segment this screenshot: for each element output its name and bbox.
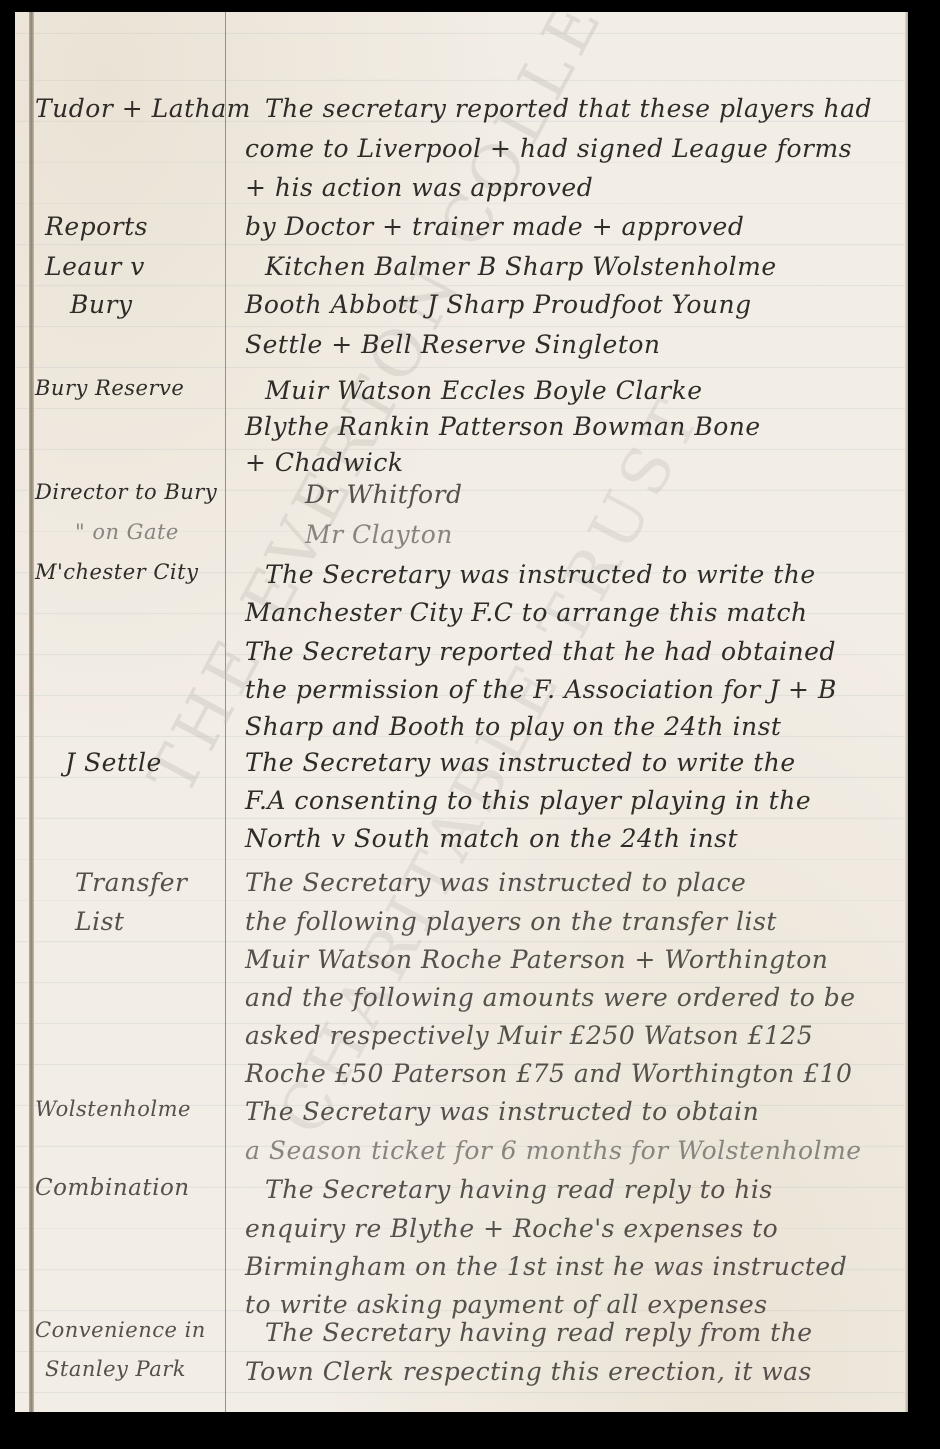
body-line: Roche £50 Paterson £75 and Worthington £… [245,1059,905,1088]
margin-note-on-gate: " on Gate [35,520,265,544]
body-line: The secretary reported that these player… [245,94,908,123]
page-binding-edge [29,12,34,1412]
body-line: The Secretary was instructed to write th… [245,748,905,777]
body-line: Kitchen Balmer B Sharp Wolstenholme [245,252,908,281]
margin-note-wolstenholme: Wolstenholme [35,1097,225,1121]
margin-note-stanley-park: Stanley Park [35,1357,235,1381]
margin-note-transfer: Transfer [35,868,265,897]
minute-book-page: THE EVERTON COLLECTION CHARITABLE TRUST … [15,12,908,1412]
body-line: The Secretary having read reply to his [245,1175,908,1204]
body-line: The Secretary having read reply from the [245,1318,908,1347]
body-line: the permission of the F. Association for… [245,675,905,704]
body-line: + his action was approved [245,173,905,202]
body-line: Blythe Rankin Patterson Bowman Bone [245,412,905,441]
body-line: Dr Whitford [245,480,908,509]
body-line: The Secretary was instructed to write th… [245,560,908,589]
margin-note-director-to-bury: Director to Bury [35,480,225,504]
body-line: and the following amounts were ordered t… [245,983,905,1012]
margin-note-tudor-latham: Tudor + Latham [35,94,225,123]
body-line: Manchester City F.C to arrange this matc… [245,598,905,627]
body-line: + Chadwick [245,448,905,477]
body-line: to write asking payment of all expenses [245,1290,905,1319]
body-line: come to Liverpool + had signed League fo… [245,134,905,163]
margin-note-j-settle: J Settle [35,748,255,777]
margin-note-list: List [35,907,265,936]
body-line: the following players on the transfer li… [245,907,905,936]
margin-note-reports: Reports [35,212,235,241]
body-line: Muir Watson Roche Paterson + Worthington [245,945,905,974]
margin-note-bury-reserve: Bury Reserve [35,376,225,400]
body-line: Settle + Bell Reserve Singleton [245,330,905,359]
body-line: Town Clerk respecting this erection, it … [245,1357,905,1386]
body-line: by Doctor + trainer made + approved [245,212,905,241]
body-line: Muir Watson Eccles Boyle Clarke [245,376,908,405]
body-line: The Secretary was instructed to obtain [245,1097,905,1126]
margin-note-mchester-city: M'chester City [35,560,225,584]
body-line: North v South match on the 24th inst [245,824,905,853]
body-line: Mr Clayton [245,520,908,549]
body-line: The Secretary was instructed to place [245,868,905,897]
body-line: The Secretary reported that he had obtai… [245,637,905,666]
body-line: Sharp and Booth to play on the 24th inst [245,712,905,741]
body-line: enquiry re Blythe + Roche's expenses to [245,1214,905,1243]
body-line: asked respectively Muir £250 Watson £125 [245,1021,905,1050]
body-line: Booth Abbott J Sharp Proudfoot Young [245,290,905,319]
margin-note-bury: Bury [35,290,260,319]
body-line: F.A consenting to this player playing in… [245,786,905,815]
margin-note-combination: Combination [35,1175,225,1201]
margin-note-leaur-v: Leaur v [35,252,235,281]
margin-note-convenience-in: Convenience in [35,1318,225,1342]
body-line: Birmingham on the 1st inst he was instru… [245,1252,905,1281]
body-line: a Season ticket for 6 months for Wolsten… [245,1136,905,1165]
